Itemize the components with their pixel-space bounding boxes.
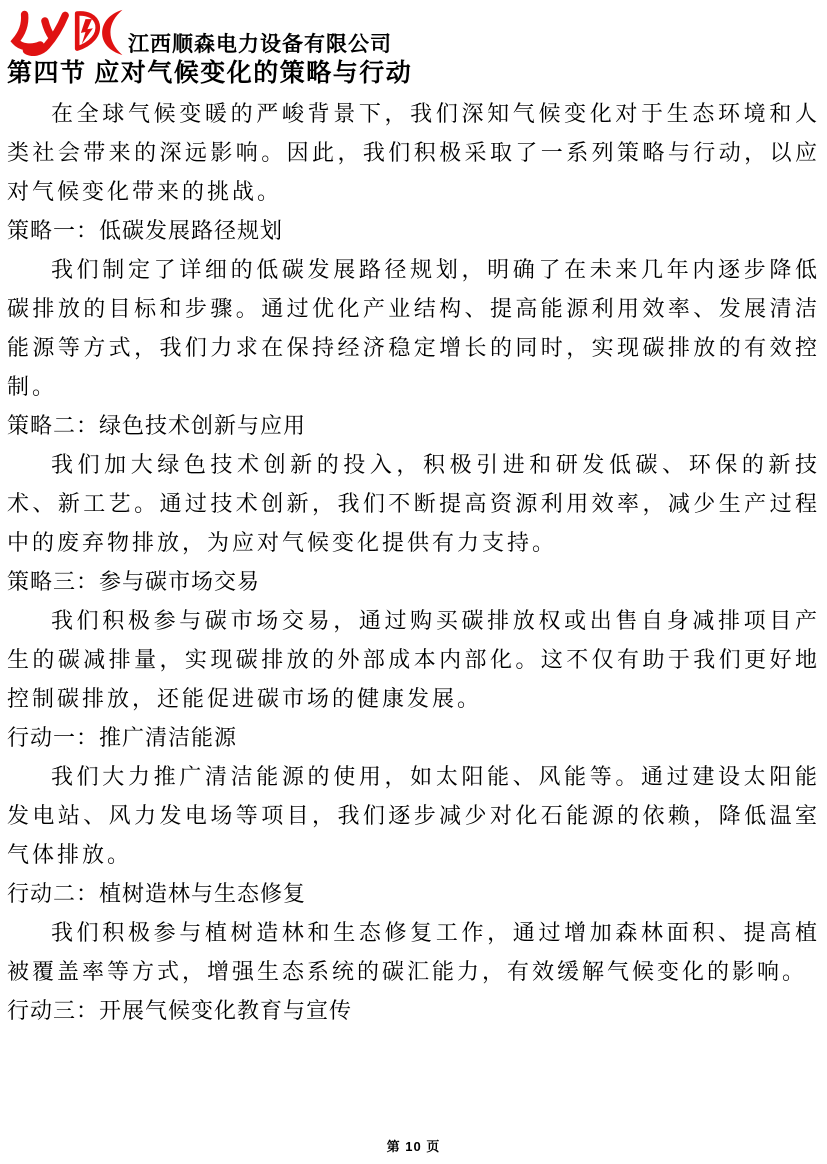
section-paragraph: 我们积极参与碳市场交易，通过购买碳排放权或出售自身减排项目产生的碳减排量，实现碳… bbox=[7, 601, 820, 718]
company-name: 江西顺森电力设备有限公司 bbox=[128, 34, 392, 56]
document-body: 在全球气候变暖的严峻背景下，我们深知气候变化对于生态环境和人类社会带来的深远影响… bbox=[7, 94, 820, 1030]
section-heading: 行动一：推广清洁能源 bbox=[7, 718, 820, 757]
document-page: 江西顺森电力设备有限公司 第四节 应对气候变化的策略与行动 在全球气候变暖的严峻… bbox=[0, 0, 827, 1164]
section-title: 第四节 应对气候变化的策略与行动 bbox=[7, 59, 820, 89]
intro-paragraph: 在全球气候变暖的严峻背景下，我们深知气候变化对于生态环境和人类社会带来的深远影响… bbox=[7, 94, 820, 211]
company-logo-lydc-icon bbox=[7, 8, 128, 56]
section-heading: 行动三：开展气候变化教育与宣传 bbox=[7, 991, 820, 1030]
section-paragraph: 我们制定了详细的低碳发展路径规划，明确了在未来几年内逐步降低碳排放的目标和步骤。… bbox=[7, 250, 820, 406]
section-heading: 行动二：植树造林与生态修复 bbox=[7, 874, 820, 913]
section-paragraph: 我们加大绿色技术创新的投入，积极引进和研发低碳、环保的新技术、新工艺。通过技术创… bbox=[7, 445, 820, 562]
section-paragraph: 我们大力推广清洁能源的使用，如太阳能、风能等。通过建设太阳能发电站、风力发电场等… bbox=[7, 757, 820, 874]
section-heading: 策略一：低碳发展路径规划 bbox=[7, 211, 820, 250]
section-paragraph: 我们积极参与植树造林和生态修复工作，通过增加森林面积、提高植被覆盖率等方式，增强… bbox=[7, 913, 820, 991]
page-header: 江西顺森电力设备有限公司 bbox=[7, 4, 820, 56]
section-heading: 策略三：参与碳市场交易 bbox=[7, 562, 820, 601]
sections: 策略一：低碳发展路径规划 我们制定了详细的低碳发展路径规划，明确了在未来几年内逐… bbox=[7, 211, 820, 1030]
page-number: 第 10 页 bbox=[0, 1136, 827, 1155]
section-heading: 策略二：绿色技术创新与应用 bbox=[7, 406, 820, 445]
